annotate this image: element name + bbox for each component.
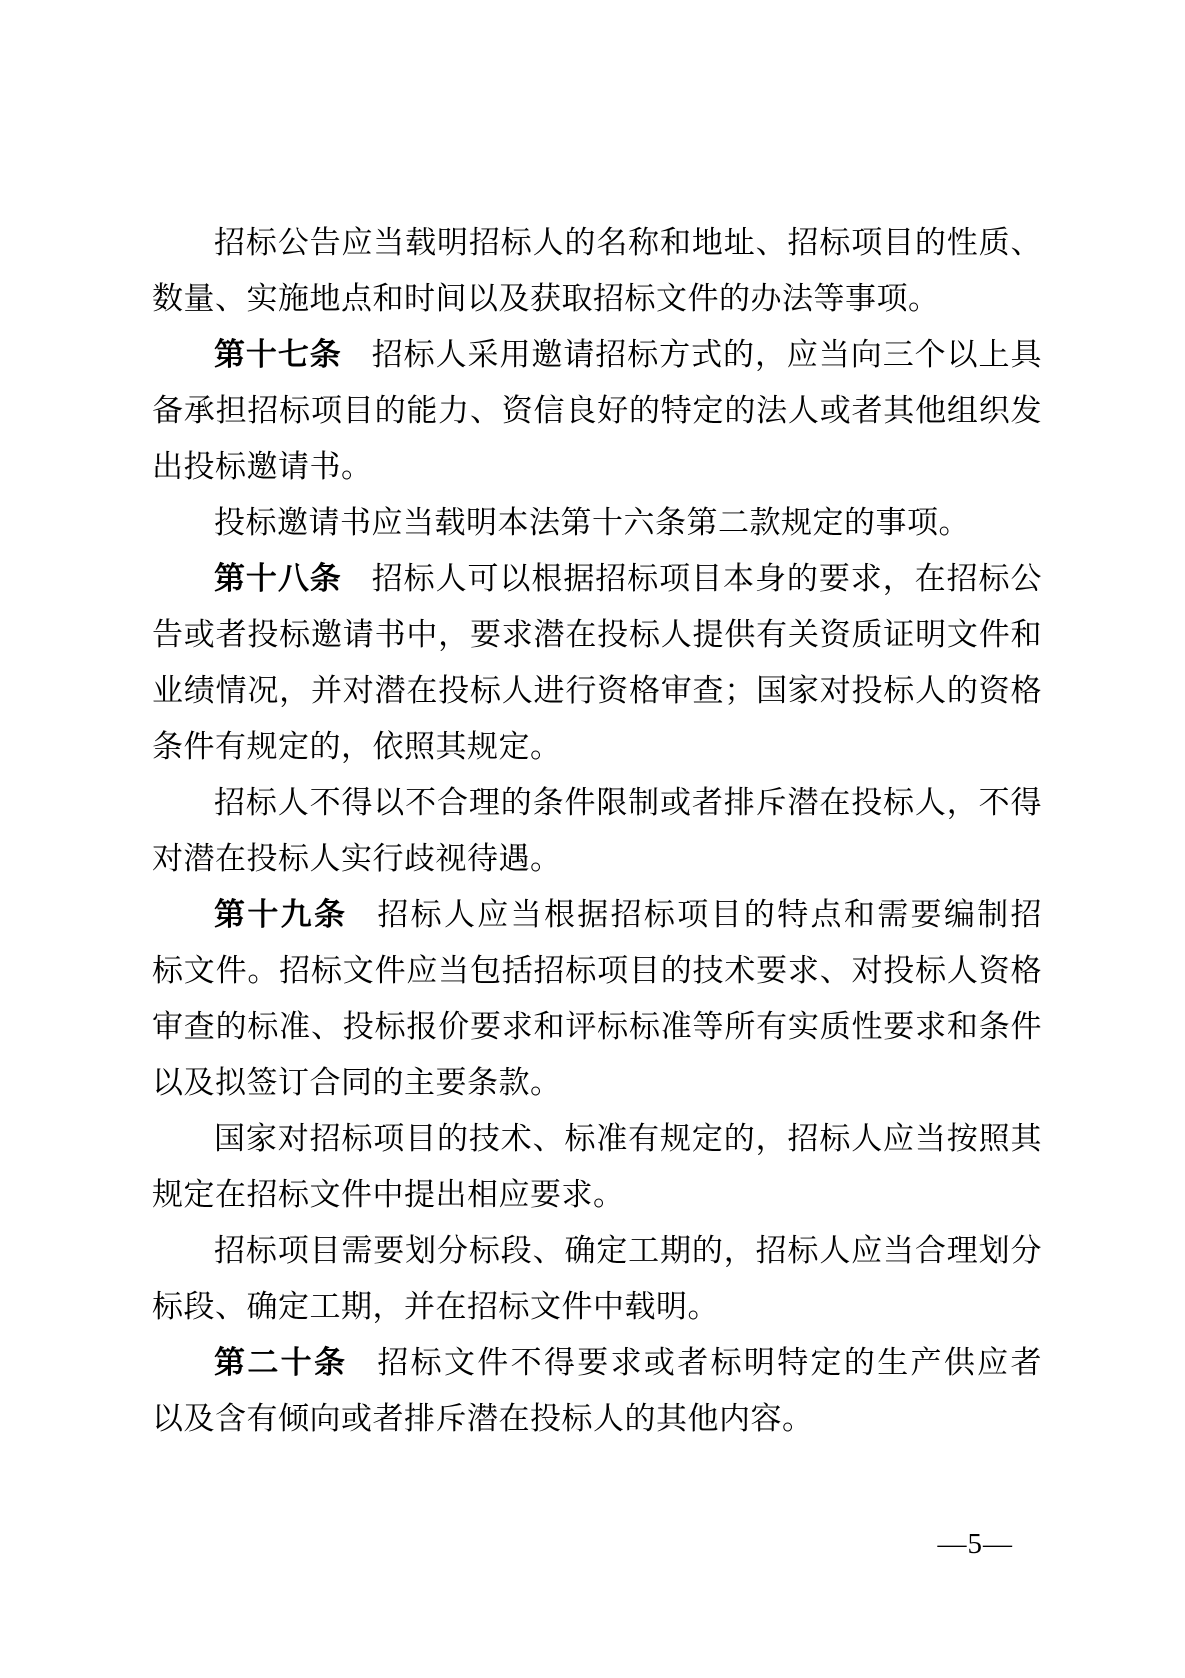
text-line: 招标公告应当载明招标人的名称和地址、招标项目的性质、 bbox=[152, 215, 1042, 271]
paragraph: 国家对招标项目的技术、标准有规定的，招标人应当按照其 规定在招标文件中提出相应要… bbox=[152, 1111, 1042, 1223]
paragraph: 招标项目需要划分标段、确定工期的，招标人应当合理划分 标段、确定工期，并在招标文… bbox=[152, 1223, 1042, 1335]
text-line: 第十八条招标人可以根据招标项目本身的要求，在招标公 bbox=[152, 551, 1042, 607]
text-line: 标段、确定工期，并在招标文件中载明。 bbox=[152, 1279, 1042, 1335]
text-line: 数量、实施地点和时间以及获取招标文件的办法等事项。 bbox=[152, 271, 1042, 327]
text-line: 投标邀请书应当载明本法第十六条第二款规定的事项。 bbox=[152, 495, 1042, 551]
text-line: 规定在招标文件中提出相应要求。 bbox=[152, 1167, 1042, 1223]
text-line: 告或者投标邀请书中，要求潜在投标人提供有关资质证明文件和 bbox=[152, 607, 1042, 663]
text-line: 招标人不得以不合理的条件限制或者排斥潜在投标人，不得 bbox=[152, 775, 1042, 831]
text-line: 以及拟签订合同的主要条款。 bbox=[152, 1055, 1042, 1111]
article-number: 第二十条 bbox=[214, 1345, 347, 1380]
document-page: 招标公告应当载明招标人的名称和地址、招标项目的性质、 数量、实施地点和时间以及获… bbox=[0, 0, 1185, 1678]
paragraph: 投标邀请书应当载明本法第十六条第二款规定的事项。 bbox=[152, 495, 1042, 551]
text-line: 对潜在投标人实行歧视待遇。 bbox=[152, 831, 1042, 887]
line-text: 招标文件不得要求或者标明特定的生产供应者 bbox=[377, 1345, 1042, 1380]
paragraph: 第十七条招标人采用邀请招标方式的，应当向三个以上具 备承担招标项目的能力、资信良… bbox=[152, 327, 1042, 495]
text-line: 业绩情况，并对潜在投标人进行资格审查；国家对投标人的资格 bbox=[152, 663, 1042, 719]
paragraph: 招标公告应当载明招标人的名称和地址、招标项目的性质、 数量、实施地点和时间以及获… bbox=[152, 215, 1042, 327]
text-line: 出投标邀请书。 bbox=[152, 439, 1042, 495]
paragraph: 第十九条招标人应当根据招标项目的特点和需要编制招 标文件。招标文件应当包括招标项… bbox=[152, 887, 1042, 1111]
text-line: 条件有规定的，依照其规定。 bbox=[152, 719, 1042, 775]
text-line: 以及含有倾向或者排斥潜在投标人的其他内容。 bbox=[152, 1391, 1042, 1447]
article-number: 第十七条 bbox=[214, 337, 342, 372]
text-line: 第十九条招标人应当根据招标项目的特点和需要编制招 bbox=[152, 887, 1042, 943]
text-line: 标文件。招标文件应当包括招标项目的技术要求、对投标人资格 bbox=[152, 943, 1042, 999]
line-text: 招标人采用邀请招标方式的，应当向三个以上具 bbox=[372, 337, 1042, 372]
document-body: 招标公告应当载明招标人的名称和地址、招标项目的性质、 数量、实施地点和时间以及获… bbox=[152, 215, 1042, 1447]
article-number: 第十八条 bbox=[214, 561, 342, 596]
paragraph: 第十八条招标人可以根据招标项目本身的要求，在招标公 告或者投标邀请书中，要求潜在… bbox=[152, 551, 1042, 775]
text-line: 备承担招标项目的能力、资信良好的特定的法人或者其他组织发 bbox=[152, 383, 1042, 439]
text-line: 第二十条招标文件不得要求或者标明特定的生产供应者 bbox=[152, 1335, 1042, 1391]
page-number: —5— bbox=[938, 1524, 1014, 1564]
text-line: 招标项目需要划分标段、确定工期的，招标人应当合理划分 bbox=[152, 1223, 1042, 1279]
line-text: 招标人可以根据招标项目本身的要求，在招标公 bbox=[372, 561, 1042, 596]
text-line: 审查的标准、投标报价要求和评标标准等所有实质性要求和条件 bbox=[152, 999, 1042, 1055]
paragraph: 第二十条招标文件不得要求或者标明特定的生产供应者 以及含有倾向或者排斥潜在投标人… bbox=[152, 1335, 1042, 1447]
text-line: 第十七条招标人采用邀请招标方式的，应当向三个以上具 bbox=[152, 327, 1042, 383]
line-text: 招标人应当根据招标项目的特点和需要编制招 bbox=[377, 897, 1042, 932]
text-line: 国家对招标项目的技术、标准有规定的，招标人应当按照其 bbox=[152, 1111, 1042, 1167]
article-number: 第十九条 bbox=[214, 897, 347, 932]
paragraph: 招标人不得以不合理的条件限制或者排斥潜在投标人，不得 对潜在投标人实行歧视待遇。 bbox=[152, 775, 1042, 887]
